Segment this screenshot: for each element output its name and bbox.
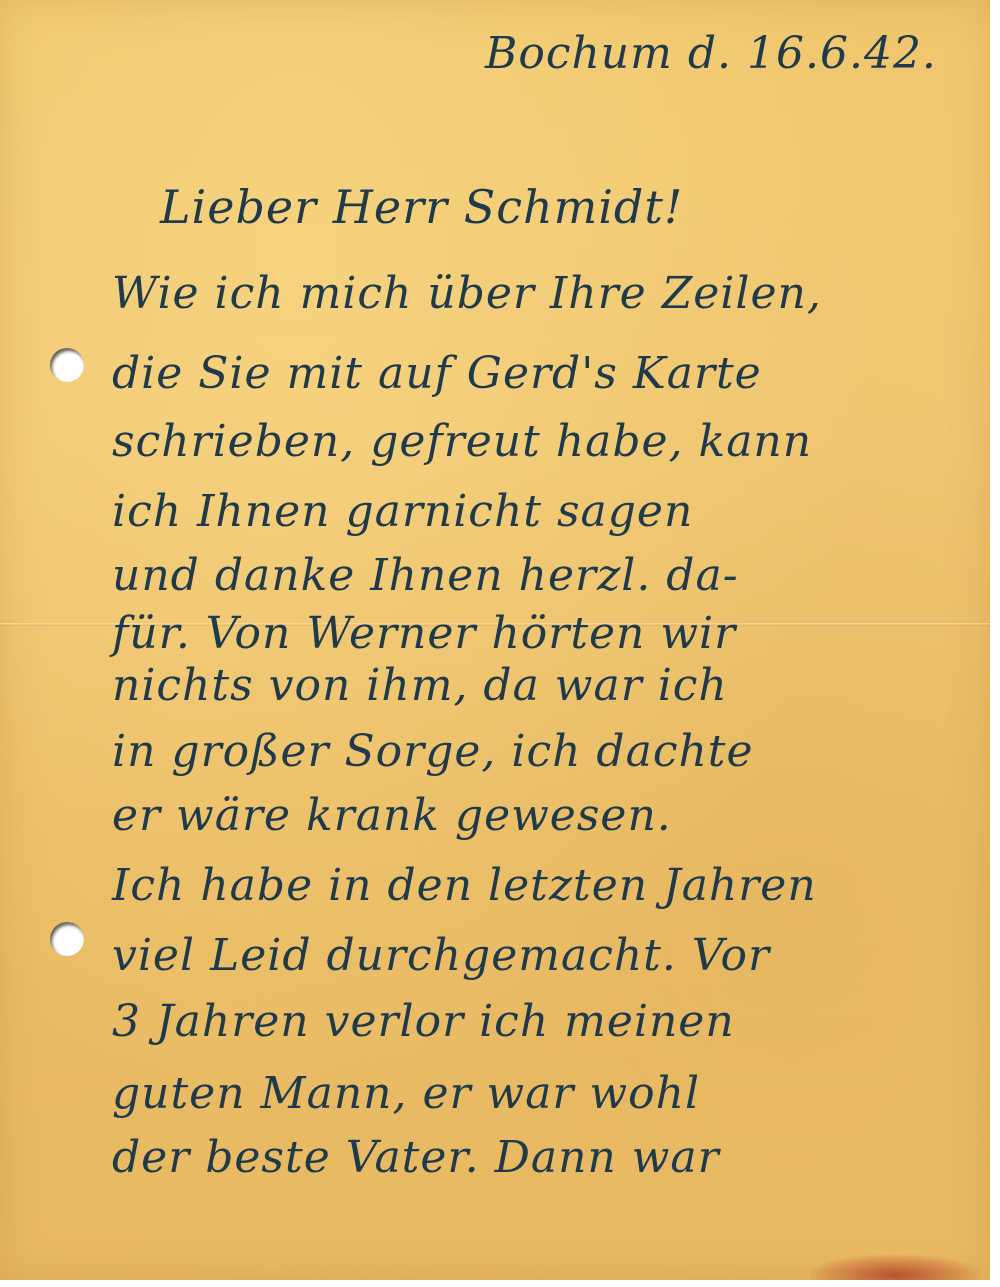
body-line: für. Von Werner hörten wir [112, 608, 736, 659]
body-line: 3 Jahren verlor ich meinen [112, 996, 735, 1047]
punch-hole-top [50, 348, 84, 382]
body-line: schrieben, gefreut habe, kann [112, 416, 812, 467]
body-line: die Sie mit auf Gerd's Karte [112, 348, 762, 399]
body-line: der beste Vater. Dann war [112, 1132, 720, 1183]
body-line: viel Leid durchgemacht. Vor [112, 930, 770, 981]
body-line: guten Mann, er war wohl [112, 1068, 700, 1119]
bottom-stain [810, 1255, 980, 1280]
place-date: Bochum d. 16.6.42. [485, 28, 937, 79]
body-line: in großer Sorge, ich dachte [112, 726, 754, 777]
body-line: Ich habe in den letzten Jahren [112, 860, 817, 911]
salutation: Lieber Herr Schmidt! [160, 180, 683, 234]
body-line: Wie ich mich über Ihre Zeilen, [112, 268, 822, 319]
letter-page: Bochum d. 16.6.42. Lieber Herr Schmidt! … [0, 0, 990, 1280]
punch-hole-bottom [50, 922, 84, 956]
body-line: er wäre krank gewesen. [112, 790, 672, 841]
body-line: nichts von ihm, da war ich [112, 660, 728, 711]
body-line: und danke Ihnen herzl. da- [112, 550, 739, 601]
body-line: ich Ihnen garnicht sagen [112, 486, 693, 537]
